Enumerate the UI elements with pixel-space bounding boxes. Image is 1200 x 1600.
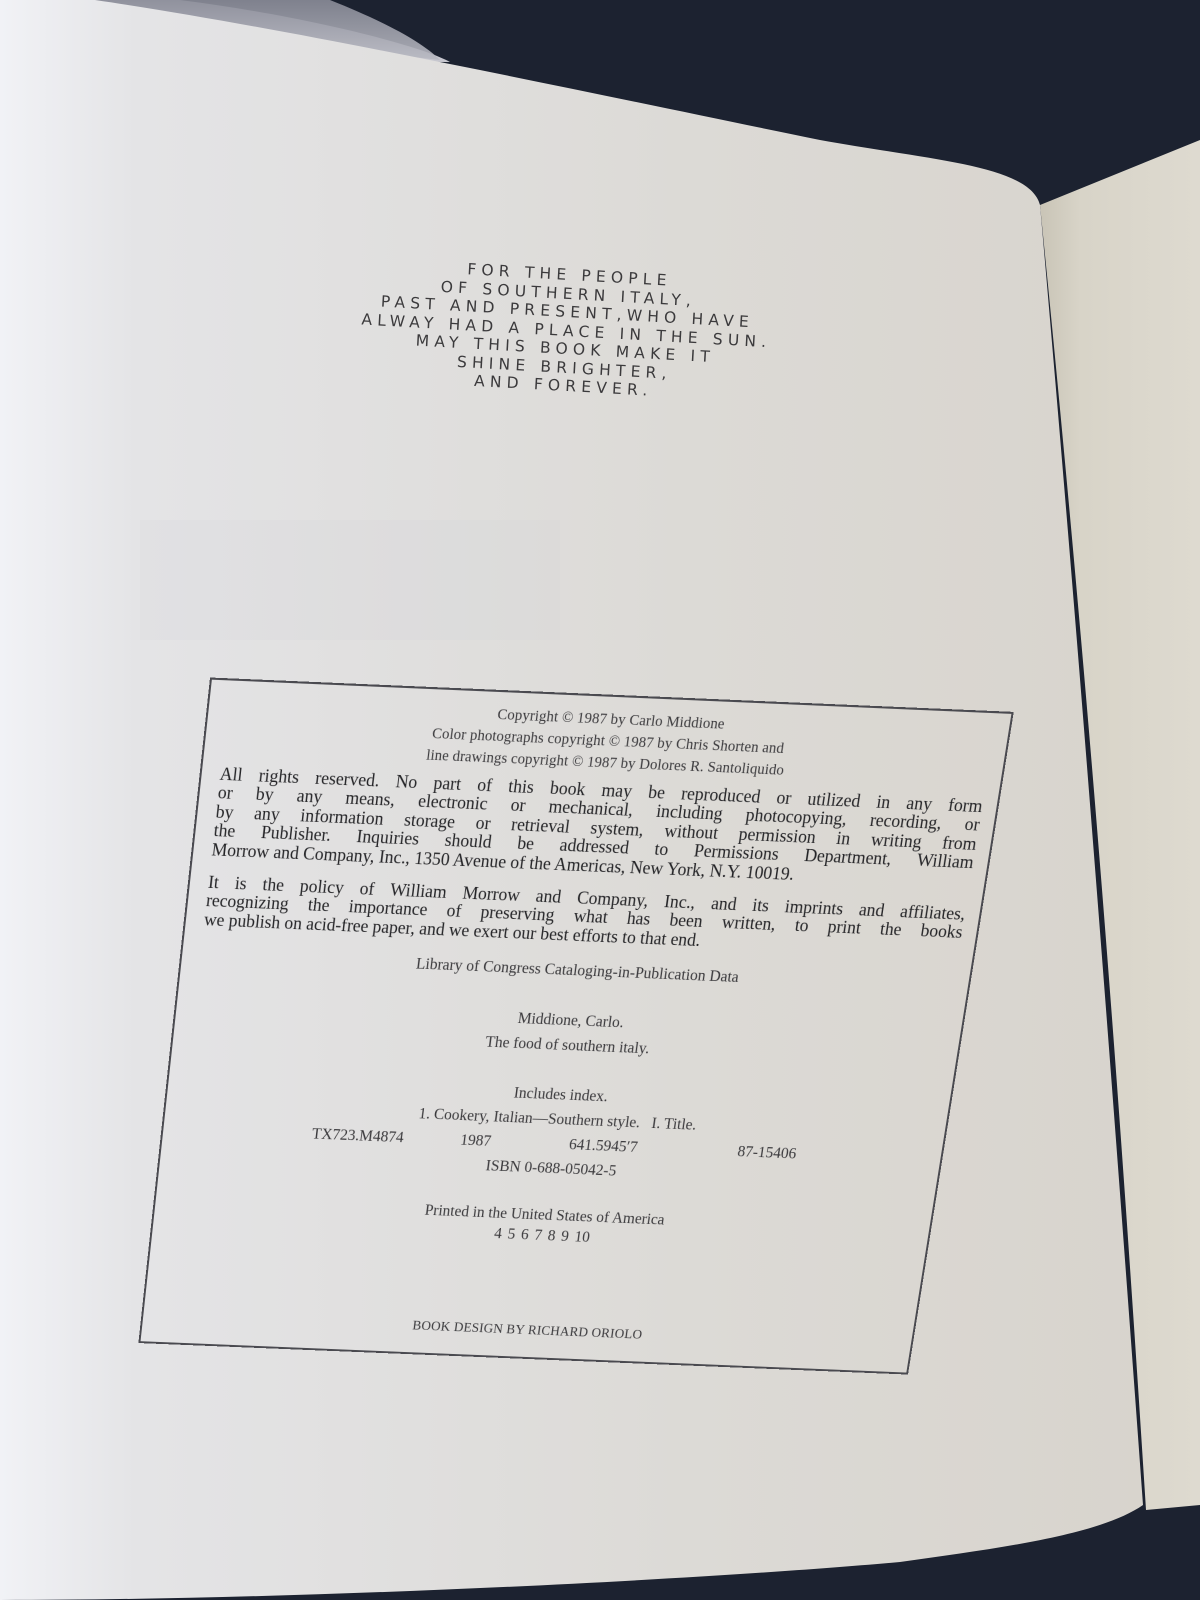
cip-data-block: Library of Congress Cataloging-in-Public… (170, 943, 956, 1262)
book-design-credit: BOOK DESIGN BY RICHARD ORIOLO (143, 1307, 912, 1354)
cip-year: 1987 (459, 1128, 571, 1157)
copyright-box: Copyright © 1987 by Carlo Middione Color… (138, 678, 1013, 1375)
lccn: 87-15406 (715, 1139, 798, 1167)
book-photo-scene: FOR THE PEOPLE OF SOUTHERN ITALY, PAST A… (0, 0, 1200, 1600)
